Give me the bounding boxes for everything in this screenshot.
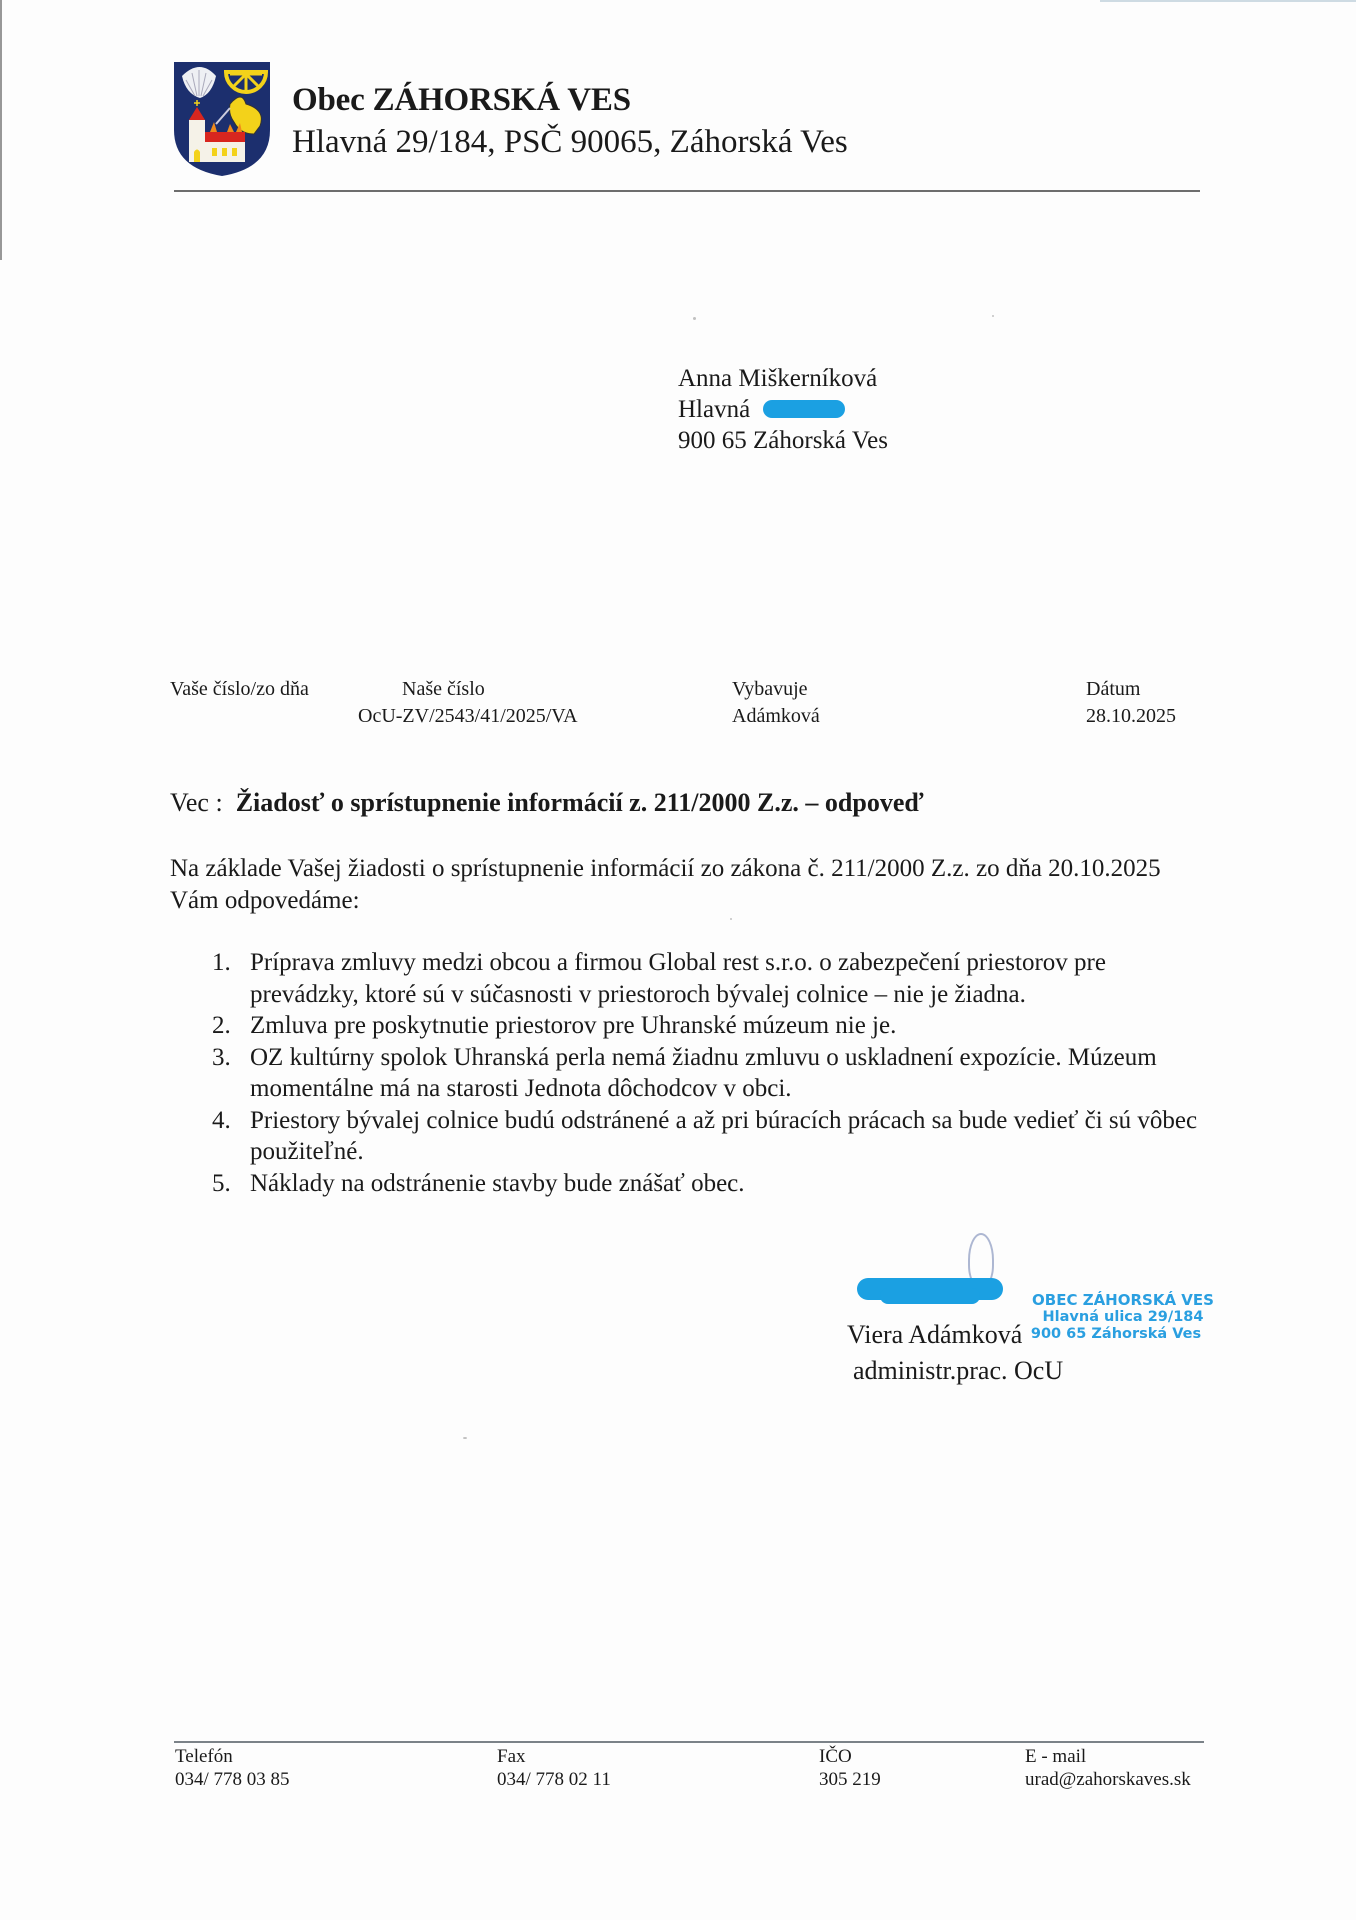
scan-speck [992,315,994,317]
response-list: 1. Príprava zmluvy medzi obcou a firmou … [212,947,1212,1199]
redacted-street-number [763,400,845,418]
handled-by-label: Vybavuje [732,676,808,702]
footer-divider [174,1741,1204,1743]
our-ref-label: Naše číslo [402,676,485,702]
subject-text: Žiadosť o sprístupnenie informácií z. 21… [236,788,924,817]
scan-speck [693,317,696,320]
ico-value: 305 219 [819,1768,881,1792]
list-item: 2. Zmluva pre poskytnutie priestorov pre… [212,1010,1212,1042]
list-item-text: Zmluva pre poskytnutie priestorov pre Uh… [250,1010,1212,1042]
list-item-text: Priestory bývalej colnice budú odstránen… [250,1105,1212,1168]
scan-edge [0,0,2,260]
date-value: 28.10.2025 [1086,703,1176,729]
ico-label: IČO [819,1745,852,1769]
signatory-name: Viera Adámková [847,1320,1022,1350]
recipient-street: Hlavná [678,394,750,425]
official-stamp: OBEC ZÁHORSKÁ VES Hlavná ulica 29/184 90… [1032,1292,1214,1343]
subject-label: Vec : [170,788,223,817]
subject-line: Vec : Žiadosť o sprístupnenie informácií… [170,788,923,818]
stamp-line-2: Hlavná ulica 29/184 [1032,1309,1214,1326]
recipient-city: 900 65 Záhorská Ves [678,425,888,456]
stamp-line-1: OBEC ZÁHORSKÁ VES [1032,1292,1214,1309]
list-item-number: 4. [212,1105,250,1168]
handled-by-value: Adámková [732,703,820,729]
recipient-name: Anna Miškerníková [678,363,877,394]
list-item: 1. Príprava zmluvy medzi obcou a firmou … [212,947,1212,1010]
your-ref-label: Vaše číslo/zo dňa [170,676,309,702]
date-label: Dátum [1086,676,1140,702]
list-item-number: 2. [212,1010,250,1042]
list-item: 4. Priestory bývalej colnice budú odstrá… [212,1105,1212,1168]
email-label: E - mail [1025,1745,1086,1769]
list-item-text: Náklady na odstránenie stavby bude znáša… [250,1168,1212,1200]
scan-edge-top [1100,0,1356,2]
redacted-signature-2 [880,1288,980,1304]
fax-label: Fax [497,1745,526,1769]
phone-label: Telefón [175,1745,233,1769]
list-item: 5. Náklady na odstránenie stavby bude zn… [212,1168,1212,1200]
scan-speck [730,918,732,920]
list-item-number: 3. [212,1042,250,1105]
fax-value: 034/ 778 02 11 [497,1768,611,1792]
list-item-number: 5. [212,1168,250,1200]
list-item-number: 1. [212,947,250,1010]
list-item-text: OZ kultúrny spolok Uhranská perla nemá ž… [250,1042,1212,1105]
list-item: 3. OZ kultúrny spolok Uhranská perla nem… [212,1042,1212,1105]
municipality-address: Hlavná 29/184, PSČ 90065, Záhorská Ves [292,124,848,161]
municipality-title: Obec ZÁHORSKÁ VES [292,82,631,119]
email-value: urad@zahorskaves.sk [1025,1768,1191,1792]
header-divider [174,190,1200,192]
list-item-text: Príprava zmluvy medzi obcou a firmou Glo… [250,947,1212,1010]
our-ref-value: OcU-ZV/2543/41/2025/VA [358,703,578,729]
intro-paragraph: Na základe Vašej žiadosti o sprístupneni… [170,853,1190,917]
phone-value: 034/ 778 03 85 [175,1768,290,1792]
stamp-line-3: 900 65 Záhorská Ves [1018,1326,1214,1343]
coat-of-arms-icon [172,60,272,178]
signatory-role: administr.prac. OcU [853,1356,1063,1386]
scan-speck [463,1437,467,1439]
